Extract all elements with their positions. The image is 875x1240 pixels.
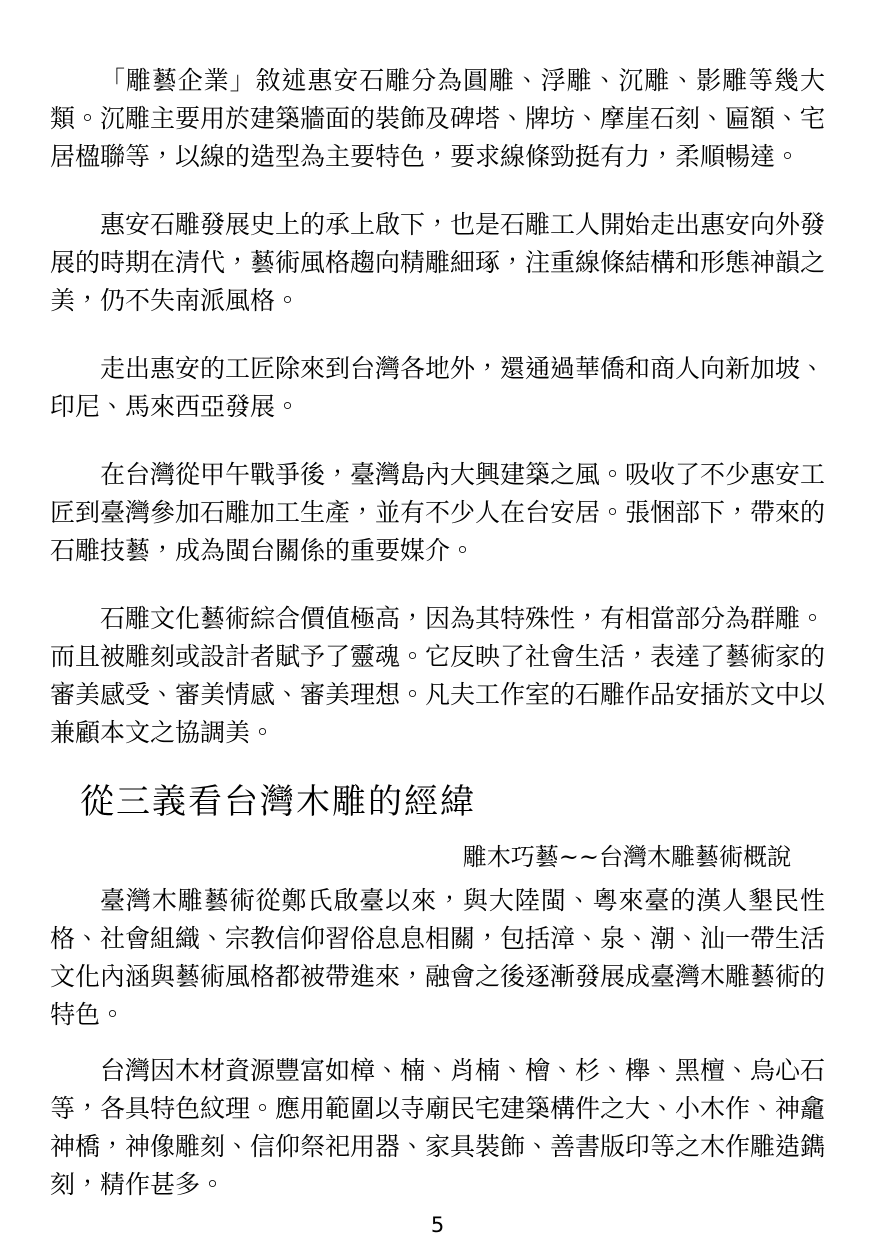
body-paragraph: 石雕文化藝術綜合價值極高，因為其特殊性，有相當部分為群雕。而且被雕刻或設計者賦予… <box>50 600 825 752</box>
page-footer: 5 <box>50 1212 825 1238</box>
section-heading: 從三義看台灣木雕的經緯 <box>50 780 825 824</box>
body-paragraph: 惠安石雕發展史上的承上啟下，也是石雕工人開始走出惠安向外發展的時期在清代，藝術風… <box>50 206 825 320</box>
section-byline: 雕木巧藝~~台灣木雕藝術概說 <box>50 840 825 874</box>
body-paragraph: 「雕藝企業」敘述惠安石雕分為圓雕、浮雕、沉雕、影雕等幾大類。沉雕主要用於建築牆面… <box>50 62 825 176</box>
page-number: 5 <box>431 1213 444 1237</box>
body-paragraph: 在台灣從甲午戰爭後，臺灣島內大興建築之風。吸收了不少惠安工匠到臺灣參加石雕加工生… <box>50 456 825 570</box>
page-content: 「雕藝企業」敘述惠安石雕分為圓雕、浮雕、沉雕、影雕等幾大類。沉雕主要用於建築牆面… <box>0 0 875 1238</box>
document-page: 「雕藝企業」敘述惠安石雕分為圓雕、浮雕、沉雕、影雕等幾大類。沉雕主要用於建築牆面… <box>0 0 875 1240</box>
body-paragraph: 台灣因木材資源豐富如樟、楠、肖楠、檜、杉、櫸、黑檀、烏心石等，各具特色紋理。應用… <box>50 1052 825 1204</box>
body-paragraph: 走出惠安的工匠除來到台灣各地外，還通過華僑和商人向新加坡、印尼、馬來西亞發展。 <box>50 350 825 426</box>
body-paragraph: 臺灣木雕藝術從鄭氏啟臺以來，與大陸閩、粵來臺的漢人墾民性格、社會組織、宗教信仰習… <box>50 882 825 1034</box>
